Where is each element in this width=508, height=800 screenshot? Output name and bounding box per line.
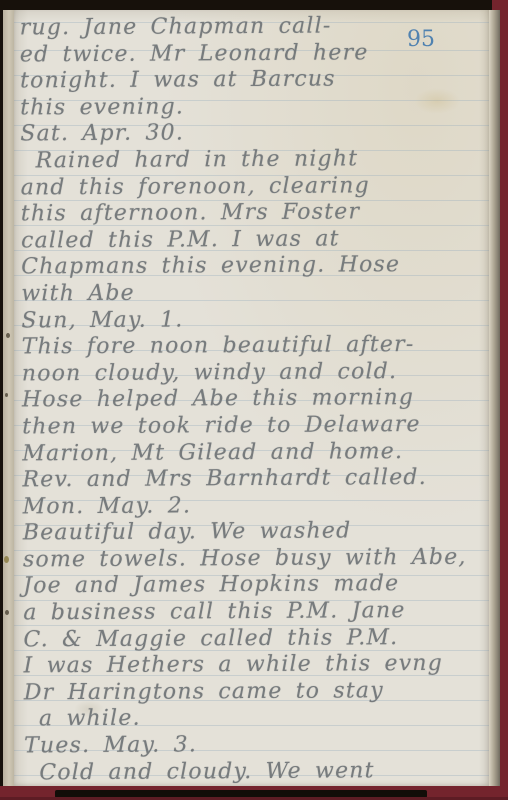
- handwritten-line: and this forenoon, clearing: [21, 172, 486, 201]
- paper-speck: [5, 393, 8, 397]
- handwritten-line: ed twice. Mr Leonard here: [20, 39, 485, 68]
- handwritten-line: a business call this P.M. Jane: [23, 598, 488, 627]
- handwritten-line: Rained hard in the night: [20, 146, 485, 175]
- handwritten-line: a while.: [24, 704, 489, 733]
- handwritten-line: Cold and cloudy. We went: [24, 757, 489, 786]
- paper-speck: [5, 610, 9, 615]
- binding-edge-top: [0, 0, 508, 10]
- handwritten-line: Beautiful day. We washed: [23, 518, 488, 547]
- handwritten-line: Chapmans this evening. Hose: [21, 252, 486, 281]
- handwritten-line: Tues. May. 3.: [24, 731, 489, 760]
- handwritten-line: rug. Jane Chapman call-: [20, 13, 485, 42]
- book-cover-corner: [492, 0, 508, 10]
- handwritten-line: Joe and James Hopkins made: [23, 571, 488, 600]
- paper-speck: [4, 556, 9, 563]
- handwritten-line: C. & Maggie called this P.M.: [23, 624, 488, 653]
- handwritten-line: Mon. May. 2.: [23, 491, 488, 520]
- handwritten-line: Sun, May. 1.: [21, 305, 486, 334]
- handwritten-line: this afternoon. Mrs Foster: [21, 199, 486, 228]
- handwritten-line: this evening.: [20, 92, 485, 121]
- under-page-edge: [3, 8, 14, 792]
- handwritten-line: called this P.M. I was at: [21, 225, 486, 254]
- handwritten-line: then we took ride to Delaware: [22, 411, 487, 440]
- diary-page: 95 rug. Jane Chapman call-ed twice. Mr L…: [14, 10, 489, 788]
- handwritten-line: Hose helped Abe this morning: [22, 385, 487, 414]
- handwritten-line: This fore noon beautiful after-: [22, 332, 487, 361]
- handwriting: rug. Jane Chapman call-ed twice. Mr Leon…: [20, 13, 490, 787]
- page-stack-edge: [489, 6, 500, 794]
- paper-speck: [6, 333, 10, 338]
- handwritten-line: with Abe: [21, 279, 486, 308]
- handwritten-line: Rev. and Mrs Barnhardt called.: [22, 465, 487, 494]
- book-cover-right: [500, 0, 508, 800]
- handwritten-line: tonight. I was at Barcus: [20, 66, 485, 95]
- handwritten-line: I was Hethers a while this evng: [24, 651, 489, 680]
- handwritten-line: Dr Haringtons came to stay: [24, 677, 489, 706]
- handwritten-line: Marion, Mt Gilead and home.: [22, 438, 487, 467]
- handwritten-line: Sat. Apr. 30.: [20, 119, 485, 148]
- handwritten-line: noon cloudy, windy and cold.: [22, 358, 487, 387]
- diary-book: 95 rug. Jane Chapman call-ed twice. Mr L…: [0, 0, 508, 800]
- handwritten-line: some towels. Hose busy with Abe,: [23, 544, 488, 573]
